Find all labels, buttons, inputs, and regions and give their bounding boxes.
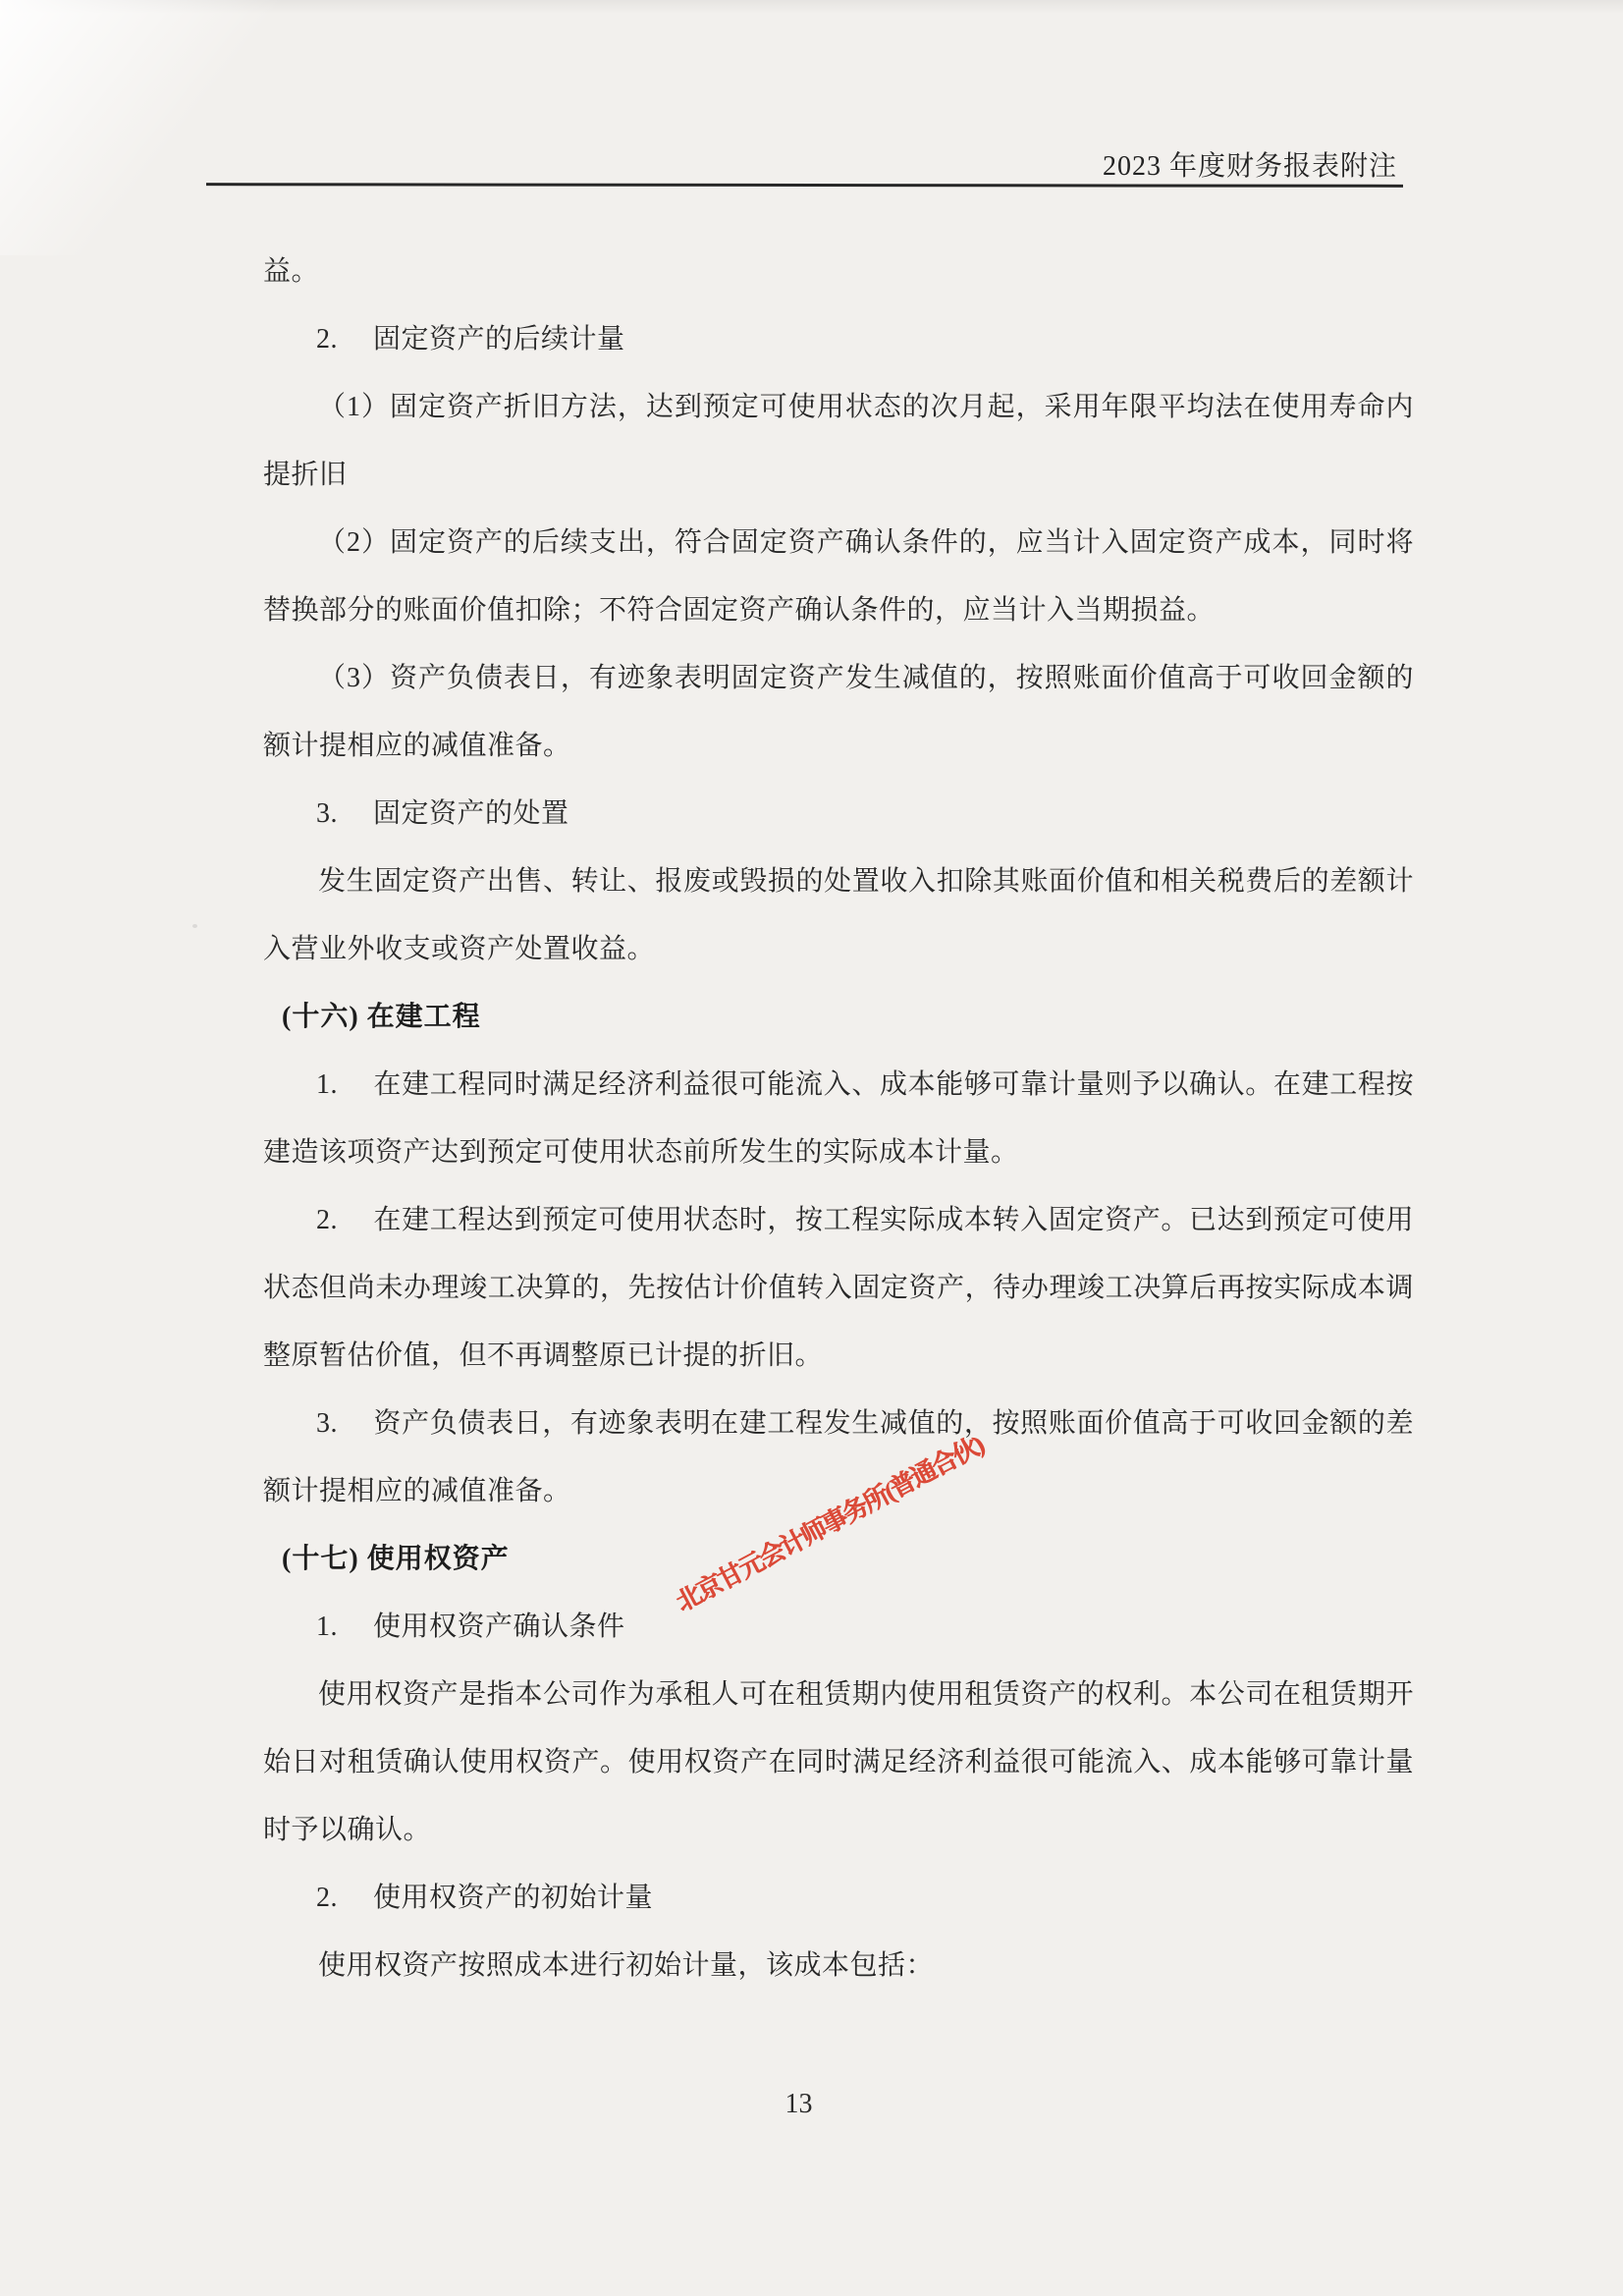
section-heading-16: (十六) 在建工程 <box>263 983 1414 1051</box>
body-line: 建造该项资产达到预定可使用状态前所发生的实际成本计量。 <box>263 1119 1414 1186</box>
body-line: 额计提相应的减值准备。 <box>263 1457 1414 1525</box>
body-line: 使用权资产按照成本进行初始计量，该成本包括： <box>263 1932 1414 1999</box>
body-line-numbered: 3. 资产负债表日，有迹象表明在建工程发生减值的，按照账面价值高于可收回金额的差 <box>263 1390 1414 1457</box>
header-divider <box>206 183 1403 188</box>
body-line: （3）资产负债表日，有迹象表明固定资产发生减值的，按照账面价值高于可收回金额的差 <box>263 644 1414 712</box>
body-line-numbered: 2. 使用权资产的初始计量 <box>263 1864 1414 1932</box>
body-line: 时予以确认。 <box>263 1796 1414 1864</box>
body-line: 使用权资产是指本公司作为承租人可在租赁期内使用租赁资产的权利。本公司在租赁期开 <box>263 1661 1414 1728</box>
body-line: 始日对租赁确认使用权资产。使用权资产在同时满足经济利益很可能流入、成本能够可靠计… <box>263 1728 1414 1796</box>
body-line: 整原暂估价值，但不再调整原已计提的折旧。 <box>263 1322 1414 1390</box>
body-line-numbered: 1. 在建工程同时满足经济利益很可能流入、成本能够可靠计量则予以确认。在建工程按 <box>263 1051 1414 1119</box>
section-heading-17: (十七) 使用权资产 <box>263 1525 1414 1593</box>
body-line-numbered: 2. 固定资产的后续计量 <box>263 305 1414 373</box>
body-line-numbered: 1. 使用权资产确认条件 <box>263 1593 1414 1661</box>
body-line: 额计提相应的减值准备。 <box>263 712 1414 780</box>
body-line: （1）固定资产折旧方法，达到预定可使用状态的次月起，采用年限平均法在使用寿命内计 <box>263 373 1414 441</box>
document-body: 益。 2. 固定资产的后续计量 （1）固定资产折旧方法，达到预定可使用状态的次月… <box>263 238 1414 1999</box>
body-line: 入营业外收支或资产处置收益。 <box>263 915 1414 983</box>
header-title: 2023 年度财务报表附注 <box>1103 144 1397 190</box>
body-line: 益。 <box>263 238 1414 305</box>
body-line: 发生固定资产出售、转让、报废或毁损的处置收入扣除其账面价值和相关税费后的差额计 <box>263 847 1414 915</box>
body-line: 提折旧 <box>263 441 1414 509</box>
body-line: 状态但尚未办理竣工决算的，先按估计价值转入固定资产，待办理竣工决算后再按实际成本… <box>263 1254 1414 1322</box>
document-page: 2023 年度财务报表附注 益。 2. 固定资产的后续计量 （1）固定资产折旧方… <box>0 0 1623 2296</box>
body-line: 替换部分的账面价值扣除；不符合固定资产确认条件的，应当计入当期损益。 <box>263 576 1414 644</box>
page-number: 13 <box>0 2089 1610 2120</box>
body-line: （2）固定资产的后续支出，符合固定资产确认条件的，应当计入固定资产成本，同时将被 <box>263 509 1414 576</box>
body-line-numbered: 3. 固定资产的处置 <box>263 780 1414 847</box>
body-line-numbered: 2. 在建工程达到预定可使用状态时，按工程实际成本转入固定资产。已达到预定可使用 <box>263 1186 1414 1254</box>
